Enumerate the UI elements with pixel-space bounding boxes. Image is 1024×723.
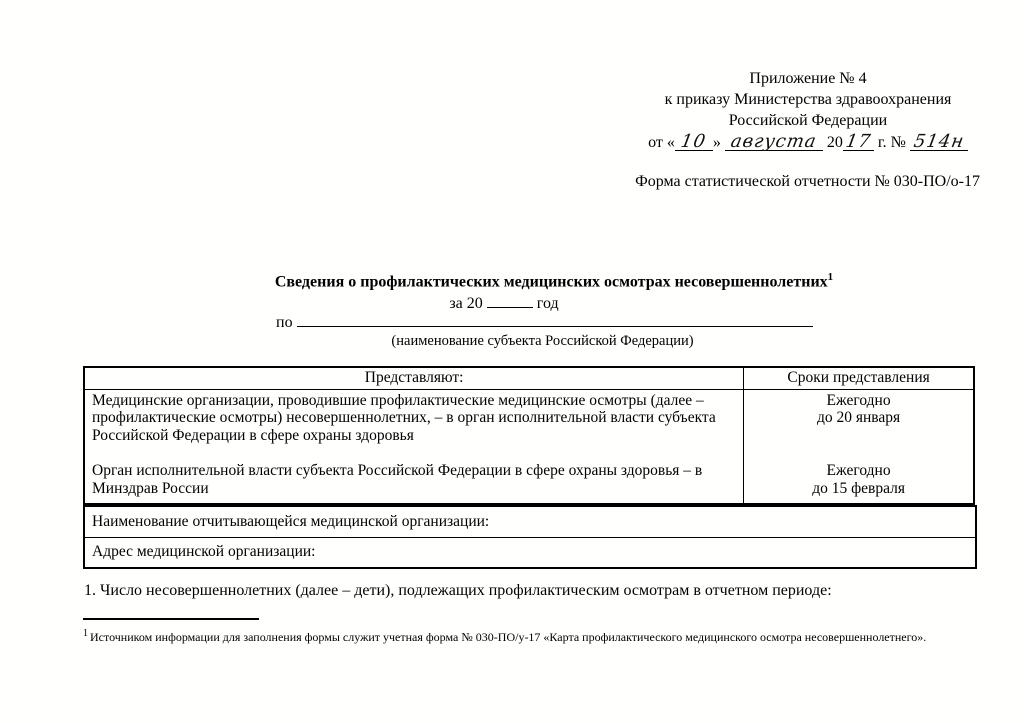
presenter-1-text: Медицинские организации, проводившие про…: [84, 389, 744, 460]
section-1-heading: 1. Число несовершеннолетних (далее – дет…: [84, 582, 994, 600]
order-number-blank: 514н: [910, 134, 968, 151]
presenters-table-header-row: Представляют: Сроки представления: [84, 367, 974, 389]
document-page: Приложение № 4 к приказу Министерства зд…: [0, 0, 1024, 723]
report-year-line: за 20год: [84, 293, 924, 313]
deadline-2-line2: до 15 февраля: [748, 480, 969, 498]
month-blank: августа: [725, 134, 823, 151]
order-reference-line1: к приказу Министерства здравоохранения: [616, 89, 1000, 110]
handwritten-day: 10: [680, 134, 708, 149]
day-blank: 10: [675, 134, 713, 151]
year-suffix: г. №: [878, 134, 906, 151]
footnote-ref: 1: [83, 628, 88, 639]
deadline-1-line2: до 20 января: [748, 409, 969, 427]
report-year-prefix: за 20: [449, 295, 482, 312]
year-blank: 17: [843, 134, 874, 151]
document-title-text: Сведения о профилактических медицинских …: [275, 273, 828, 290]
order-reference-line2: Российской Федерации: [616, 110, 1000, 131]
footnote-text: Источником информации для заполнения фор…: [90, 630, 926, 644]
footnote-separator: [83, 618, 259, 620]
subject-blank: [297, 312, 813, 327]
organization-address-label: Адрес медицинской организации:: [85, 538, 975, 567]
deadline-2-line1: Ежегодно: [748, 462, 969, 480]
order-date-line: от «10» августа 2017 г. № 514н: [616, 132, 1000, 153]
col-header-presenters: Представляют:: [84, 367, 744, 389]
footnote: 1Источником информации для заполнения фо…: [83, 626, 978, 645]
deadline-1-line1: Ежегодно: [748, 392, 969, 410]
document-title: Сведения о профилактических медицинских …: [84, 271, 1024, 291]
col-header-deadlines: Сроки представления: [744, 367, 974, 389]
statistical-form-number: Форма статистической отчетности № 030-ПО…: [600, 173, 980, 191]
title-footnote-ref: 1: [828, 271, 834, 283]
organization-info-box: Наименование отчитывающейся медицинской …: [83, 505, 977, 569]
presenters-table: Представляют: Сроки представления Медици…: [83, 366, 975, 505]
table-row: Медицинские организации, проводившие про…: [84, 389, 974, 460]
subject-line: по: [276, 312, 813, 332]
handwritten-year: 17: [845, 134, 873, 149]
day-suffix: »: [713, 134, 721, 151]
report-year-suffix: год: [537, 295, 559, 312]
date-prefix: от «: [648, 134, 675, 151]
presenter-2-text: Орган исполнительной власти субъекта Рос…: [84, 460, 744, 504]
year-prefix: 20: [827, 134, 843, 151]
handwritten-order-number: 514н: [912, 134, 965, 149]
deadline-2: Ежегодно до 15 февраля: [744, 460, 974, 504]
table-row: Орган исполнительной власти субъекта Рос…: [84, 460, 974, 504]
handwritten-month: августа: [730, 134, 818, 149]
subject-caption: (наименование субъекта Российской Федера…: [85, 333, 1000, 350]
organization-name-label: Наименование отчитывающейся медицинской …: [85, 507, 975, 538]
subject-prefix: по: [276, 314, 293, 331]
report-year-blank: [487, 293, 533, 308]
deadline-1: Ежегодно до 20 января: [744, 389, 974, 460]
appendix-header: Приложение № 4 к приказу Министерства зд…: [616, 68, 1000, 153]
appendix-number: Приложение № 4: [616, 68, 1000, 89]
